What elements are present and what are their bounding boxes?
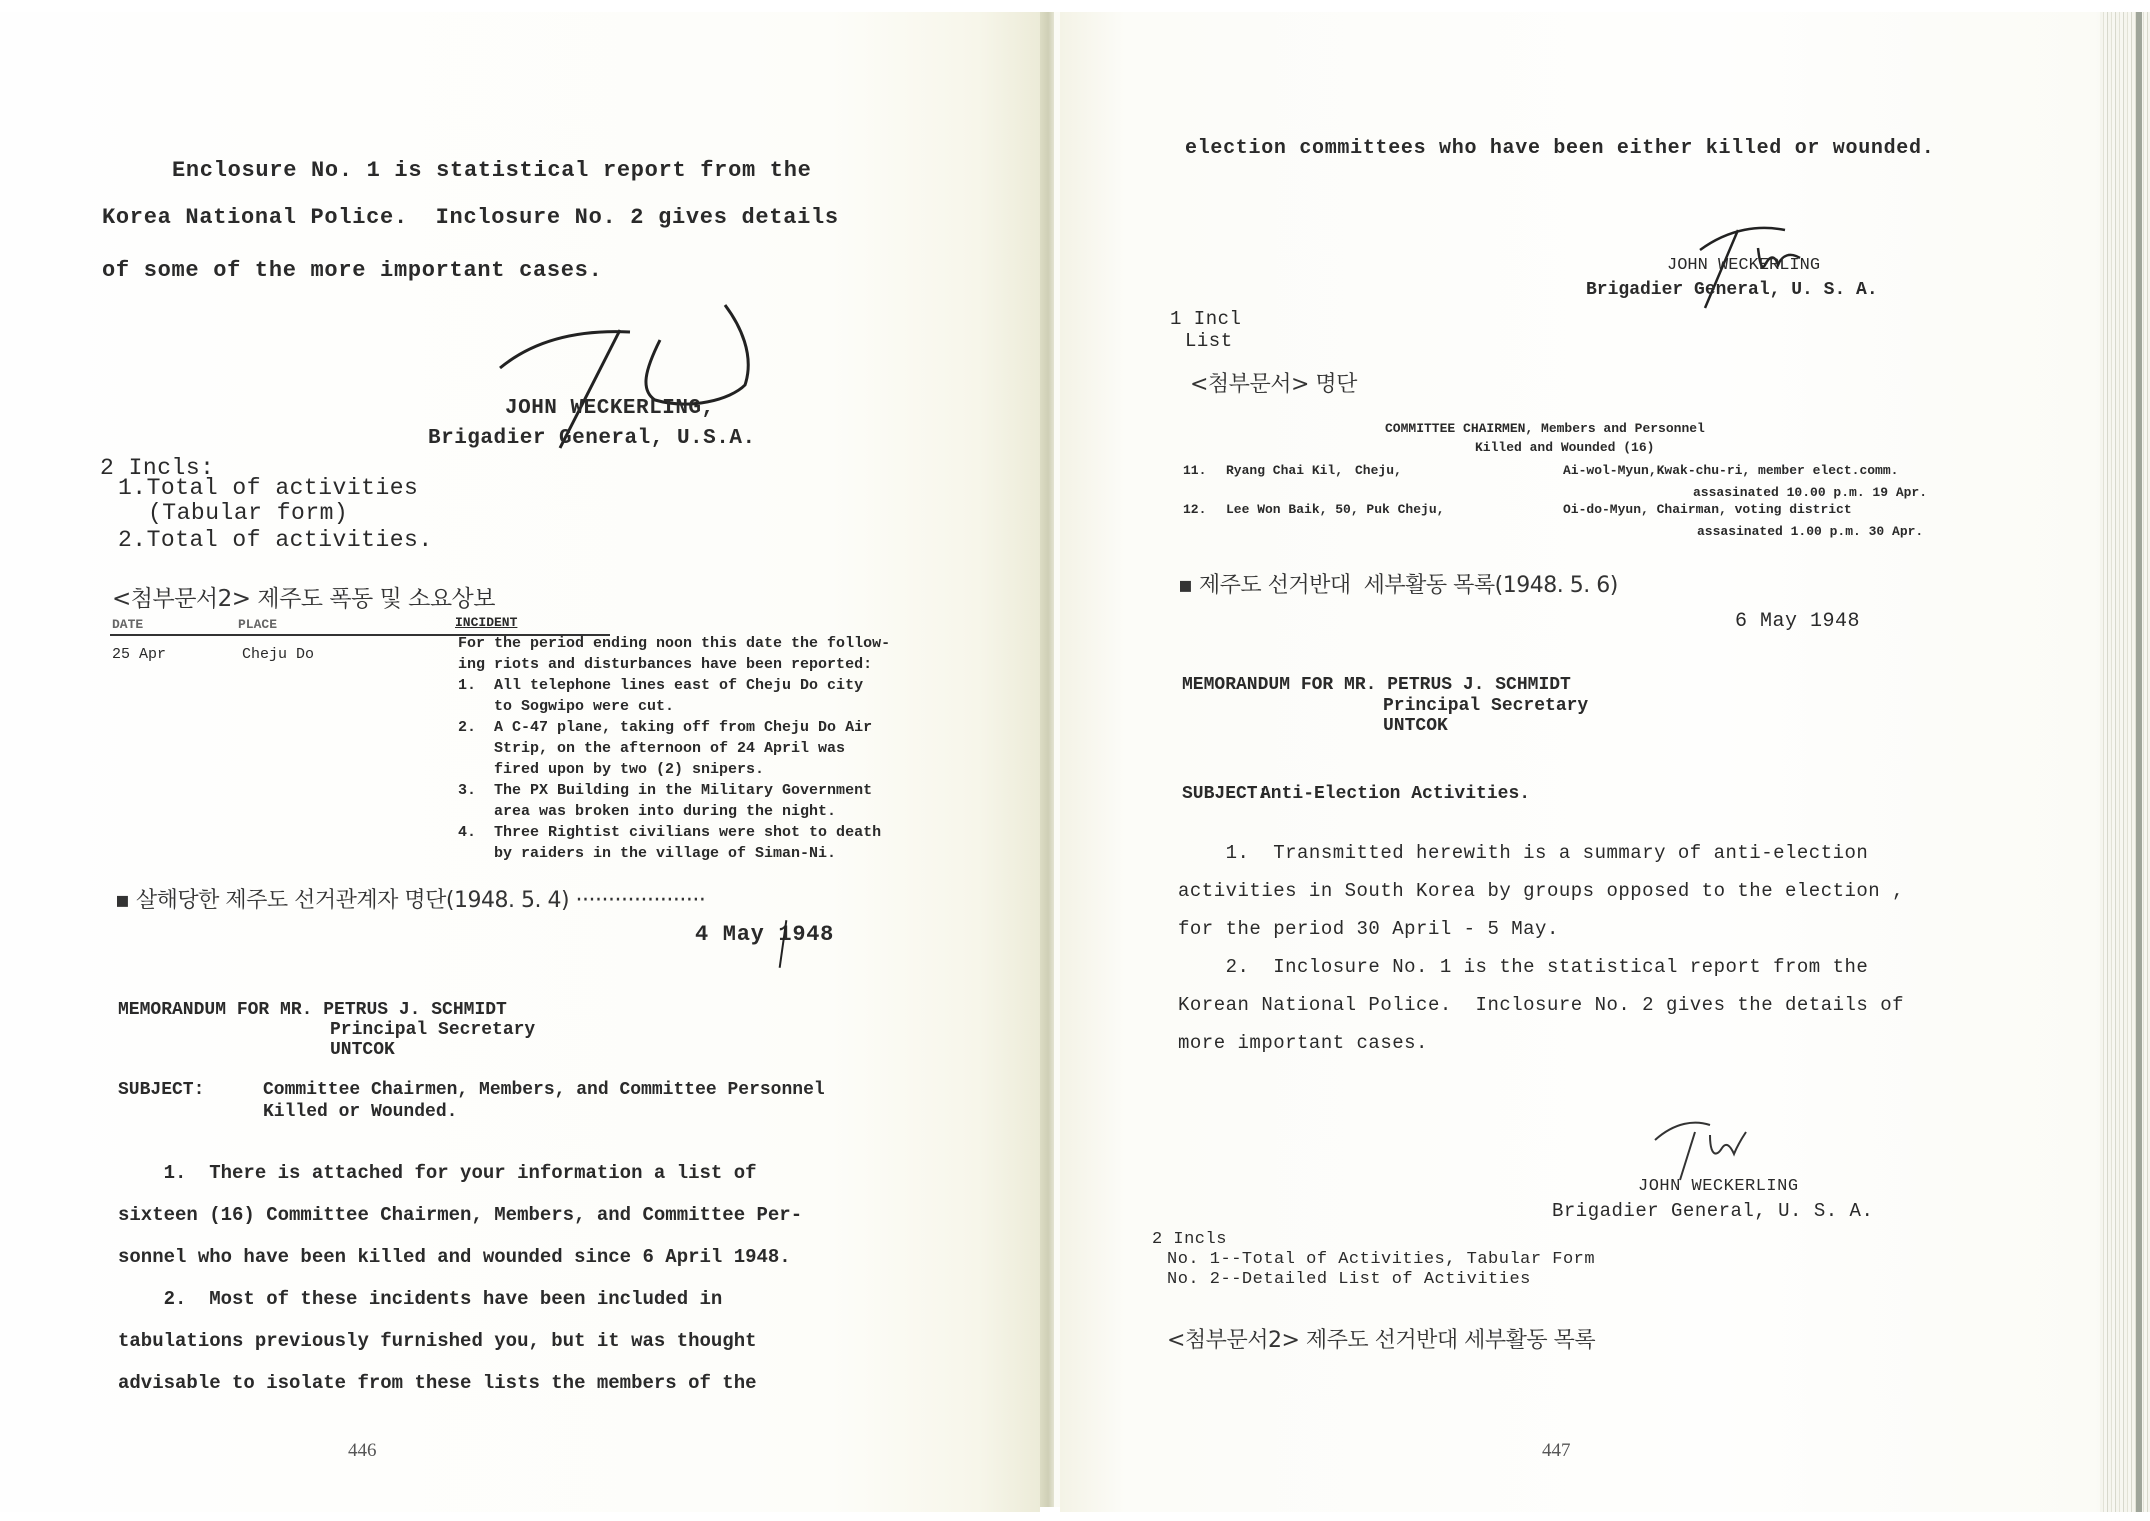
incident-line: area was broken into during the night. (458, 803, 836, 820)
entry-number: 11. (1183, 463, 1206, 478)
incident-line: For the period ending noon this date the… (458, 635, 890, 652)
book-spine-gutter (1040, 12, 1054, 1507)
memo-to-title: Principal Secretary (330, 1020, 535, 1040)
entry-name: Lee Won Baik, 50, Puk Cheju, (1226, 502, 1444, 517)
signature-name: JOHN WECKERLING, (505, 397, 715, 420)
memo-body-line: Korean National Police. Inclosure No. 2 … (1178, 994, 1904, 1016)
memo-body-line: sonnel who have been killed and wounded … (118, 1246, 791, 1268)
entry-outcome: assasinated 10.00 p.m. 19 Apr. (1693, 485, 1927, 500)
intro-line: Korea National Police. Inclosure No. 2 g… (102, 205, 839, 230)
memo-subject-label: SUBJECT: (1182, 784, 1268, 804)
incident-line: fired upon by two (2) snipers. (458, 761, 764, 778)
memo-subject-line: Killed or Wounded. (263, 1102, 457, 1122)
memo-to-line: MEMORANDUM FOR MR. PETRUS J. SCHMIDT (1182, 675, 1571, 695)
list-subtitle: Killed and Wounded (16) (1475, 440, 1654, 455)
memo-date: 4 May 1948 (695, 922, 834, 947)
incident-line: 4. Three Rightist civilians were shot to… (458, 824, 881, 841)
entry-detail: Oi-do-Myun, Chairman, voting district (1563, 502, 1852, 517)
memo-body-line: for the period 30 April - 5 May. (1178, 918, 1559, 940)
korean-list-caption: ▪ 살해당한 제주도 선거관계자 명단(1948. 5. 4) ········… (115, 883, 705, 914)
signature-title: Brigadier General, U.S.A. (428, 427, 756, 450)
memo-subject: Anti-Election Activities. (1260, 784, 1530, 804)
entry-place: Cheju, (1355, 463, 1402, 478)
page-number: 447 (1542, 1440, 1571, 1462)
memo-body-line: tabulations previously furnished you, bu… (118, 1330, 757, 1352)
korean-list-caption: ▪ 제주도 선거반대 세부활동 목록(1948. 5. 6) (1178, 568, 1618, 599)
signature-title: Brigadier General, U. S. A. (1586, 280, 1878, 300)
inclosure-item: List (1185, 330, 1233, 352)
memo-body-line: activities in South Korea by groups oppo… (1178, 880, 1904, 902)
incident-date: 25 Apr (112, 646, 166, 663)
incident-line: 3. The PX Building in the Military Gover… (458, 782, 872, 799)
table-header-incident: INCIDENT (455, 615, 517, 630)
memo-body-line: sixteen (16) Committee Chairmen, Members… (118, 1204, 802, 1226)
list-title: COMMITTEE CHAIRMEN, Members and Personne… (1385, 421, 1705, 436)
memo-date: 6 May 1948 (1735, 610, 1860, 633)
memo-body-line: advisable to isolate from these lists th… (118, 1372, 757, 1394)
inclosures-heading: 2 Incls (1152, 1230, 1227, 1249)
entry-outcome: assasinated 1.00 p.m. 30 Apr. (1697, 524, 1923, 539)
inclosure-item: 1.Total of activities (118, 475, 418, 501)
table-header-place: PLACE (238, 617, 277, 632)
signature-name: JOHN WECKERLING (1667, 256, 1820, 275)
signature-name: JOHN WECKERLING (1638, 1177, 1799, 1196)
memo-to-org: UNTCOK (330, 1040, 395, 1060)
memo-body-line: 1. Transmitted herewith is a summary of … (1178, 842, 1868, 864)
memo-to-title: Principal Secretary (1383, 696, 1588, 716)
page-edges (2100, 12, 2150, 1512)
table-header-date: DATE (112, 617, 143, 632)
intro-line: Enclosure No. 1 is statistical report fr… (172, 158, 812, 183)
memo-subject-label: SUBJECT: (118, 1080, 204, 1100)
inclosure-heading: 1 Incl (1170, 308, 1241, 330)
inclosure-item: No. 2--Detailed List of Activities (1167, 1270, 1531, 1289)
continuation-line: election committees who have been either… (1185, 137, 1934, 160)
intro-line: of some of the more important cases. (102, 258, 602, 283)
entry-detail: Ai-wol-Myun,Kwak-chu-ri, member elect.co… (1563, 463, 1898, 478)
korean-attachment-caption: <첨부문서> 명단 (1190, 367, 1357, 398)
incident-line: by raiders in the village of Siman-Ni. (458, 845, 836, 862)
korean-attachment-caption: <첨부문서2> 제주도 선거반대 세부활동 목록 (1167, 1323, 1595, 1354)
incident-line: to Sogwipo were cut. (458, 698, 674, 715)
memo-body-line: more important cases. (1178, 1032, 1428, 1054)
incident-line: 2. A C-47 plane, taking off from Cheju D… (458, 719, 872, 736)
memo-body-line: 2. Most of these incidents have been inc… (118, 1288, 722, 1310)
entry-number: 12. (1183, 502, 1206, 517)
inclosure-item: 2.Total of activities. (118, 527, 433, 553)
korean-attachment-caption: <첨부문서2> 제주도 폭동 및 소요상보 (112, 580, 495, 613)
incident-place: Cheju Do (242, 646, 314, 663)
memo-body-line: 2. Inclosure No. 1 is the statistical re… (1178, 956, 1868, 978)
incident-line: ing riots and disturbances have been rep… (458, 656, 872, 673)
memo-to-line: MEMORANDUM FOR MR. PETRUS J. SCHMIDT (118, 1000, 507, 1020)
memo-body-line: 1. There is attached for your informatio… (118, 1162, 757, 1184)
entry-name: Ryang Chai Kil, (1226, 463, 1343, 478)
memo-to-org: UNTCOK (1383, 716, 1448, 736)
inclosure-item: (Tabular form) (148, 500, 348, 526)
incident-line: Strip, on the afternoon of 24 April was (458, 740, 845, 757)
inclosure-item: No. 1--Total of Activities, Tabular Form (1167, 1250, 1595, 1269)
signature-title: Brigadier General, U. S. A. (1552, 1200, 1873, 1222)
memo-subject-line: Committee Chairmen, Members, and Committ… (263, 1080, 825, 1100)
page-number: 446 (348, 1440, 377, 1462)
incident-line: 1. All telephone lines east of Cheju Do … (458, 677, 863, 694)
